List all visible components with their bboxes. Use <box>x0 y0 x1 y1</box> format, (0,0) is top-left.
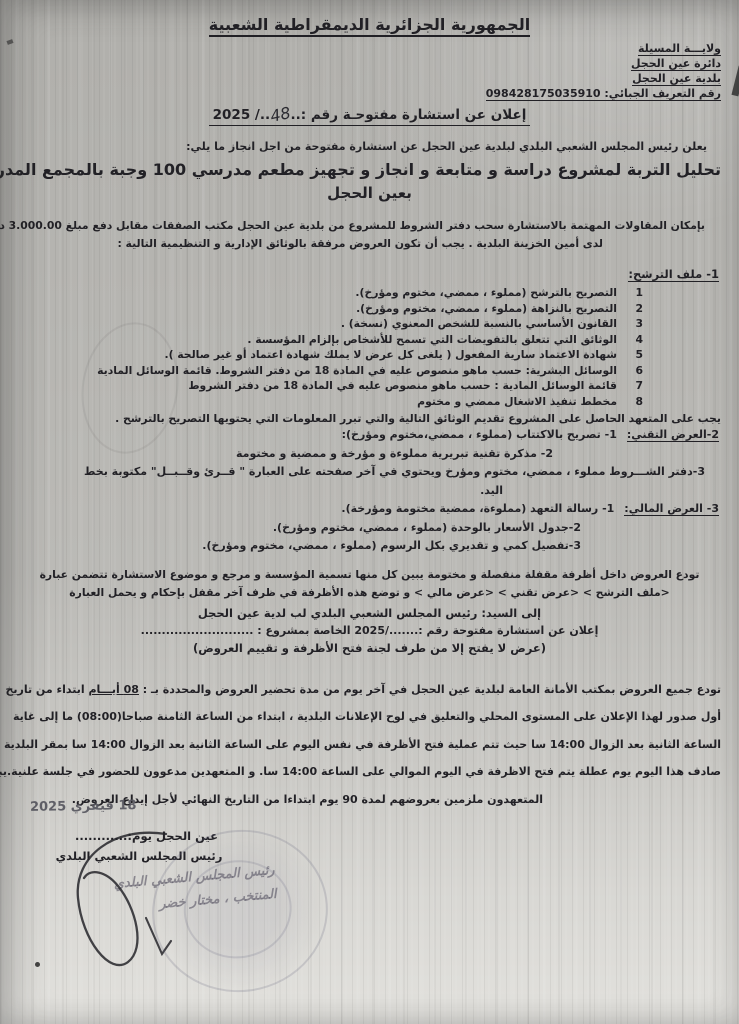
item-number: 7 <box>631 378 643 394</box>
deadline-line4: صادف هذا اليوم يوم عطلة يتم فتح الاظرفة … <box>18 758 721 786</box>
scan-edge-artifact <box>35 962 40 967</box>
item-number: 5 <box>631 347 643 363</box>
envelope-title-line: إعلان عن استشارة مفتوحة رقم :......./202… <box>18 624 721 637</box>
item-text: القانون الأساسي بالنسبة للشخص المعنوي (ن… <box>341 316 617 332</box>
republic-title-text: الجمهورية الجزائرية الديمقراطية الشعبية <box>209 15 530 37</box>
withdraw-paragraph-line2: لدى أمين الخزينة البلدية . يجب أن تكون ا… <box>18 237 603 250</box>
technical-offer-heading: 2-العرض التقني: <box>627 428 719 442</box>
candidacy-file-heading: 1- ملف الترشح: <box>18 267 719 281</box>
technical-offer-item3: 3-دفتر الشـــروط مملوء ، ممضي، مختوم ومؤ… <box>18 464 705 481</box>
notice-title-prefix: إعلان عن استشارة مفتوحـة رقم :.. <box>290 107 526 123</box>
financial-offer-heading: 3- العرض المالي: <box>624 502 719 516</box>
item-text: الوثائق التي تتعلق بالتفويضات التي تسمح … <box>247 332 617 348</box>
financial-offer-item2: 2-جدول الأسعار بالوحدة (مملوء ، ممضي، مخ… <box>18 520 581 537</box>
official-stamp-inner-ring <box>177 853 298 965</box>
financial-offer-item1: 1- رسالة التعهد (مملوءة، ممضية مختومة وم… <box>341 502 614 515</box>
project-title-line1: تحليل التربة لمشروع دراسة و متابعة و انج… <box>18 160 721 179</box>
item-number: 1 <box>631 285 643 301</box>
deadline-paragraph: تودع جميع العروض بمكتب الأمانة العامة لب… <box>18 676 721 814</box>
financial-offer-item3: 3-تفصيل كمي و تقديري بكل الرسوم (مملوء ،… <box>18 538 581 555</box>
item-text: مخطط تنفيذ الاشغال ممضي و مختوم <box>417 394 617 410</box>
handwritten-consultation-number: 48 <box>269 103 293 126</box>
technical-offer-item1: 1- تصريح بالاكتتاب (مملوء ، ممضي،مختوم و… <box>342 428 617 441</box>
list-item: 2التصريح بالنزاهة (مملوء ، ممضي، مختوم و… <box>18 301 643 317</box>
letterhead-tax-id: رقم التعريف الجبائي: 098428175035910 <box>18 86 721 101</box>
financial-offer-heading-line: 3- العرض المالي:1- رسالة التعهد (مملوءة،… <box>18 501 719 518</box>
item-number: 3 <box>631 316 643 332</box>
notice-title-line: إعلان عن استشارة مفتوحـة رقم :..48../ 20… <box>18 104 721 123</box>
envelope-warning-note: (عرض لا يفتح إلا من طرف لجنة فتح الأظرفة… <box>18 641 721 655</box>
republic-title: الجمهورية الجزائرية الديمقراطية الشعبية <box>18 15 721 34</box>
notice-title-suffix: ../ 2025 <box>213 107 270 123</box>
envelopes-line2: <ملف الترشح > <عرض تقني > <عرض مالي > و … <box>18 584 721 602</box>
letterhead-daira: دائرة عين الحجل <box>18 56 721 71</box>
letterhead-wilaya: ولايـــة المسيلة <box>18 41 721 56</box>
project-title-line2: بعين الحجل <box>18 184 721 202</box>
item-number: 6 <box>631 363 643 379</box>
announcement-intro: يعلن رئيس المجلس الشعبي البلدي لبلدية عي… <box>18 140 707 153</box>
date-stamp: 18 فيفري 2025 <box>30 798 137 815</box>
deadline-days-underlined: 08 أيـــام <box>88 683 139 696</box>
technical-offer-item3-continuation: اليد. <box>18 483 503 500</box>
deadline-line1: تودع جميع العروض بمكتب الأمانة العامة لب… <box>18 676 721 704</box>
item-text: التصريح بالنزاهة (مملوء ، ممضي، مختوم وم… <box>356 301 617 317</box>
envelopes-instructions: تودع العروض داخل أظرفة مقفلة منفصلة و مخ… <box>18 566 721 602</box>
scanned-document-page: الجمهورية الجزائرية الديمقراطية الشعبية … <box>0 0 739 1024</box>
item-text: التصريح بالترشح (مملوء ، ممضي، مختوم ومؤ… <box>355 285 617 301</box>
technical-offer-item2: 2- مذكرة تقنية تبريرية مملوءة و مؤرخة و … <box>18 446 553 463</box>
withdraw-paragraph-line1: بإمكان المقاولات المهتمة بالاستشارة سحب … <box>18 219 705 232</box>
letterhead: ولايـــة المسيلة دائرة عين الحجل بلدية ع… <box>18 41 721 101</box>
list-item: 1التصريح بالترشح (مملوء ، ممضي، مختوم وم… <box>18 285 643 301</box>
letterhead-commune: بلدية عين الحجل <box>18 71 721 86</box>
item-number: 2 <box>631 301 643 317</box>
item-text: شهادة الاعتماد سارية المفعول ( يلغى كل ع… <box>164 347 617 363</box>
item-number: 4 <box>631 332 643 348</box>
envelopes-line1: تودع العروض داخل أظرفة مقفلة منفصلة و مخ… <box>18 566 721 584</box>
deadline-line2: أول صدور لهذا الإعلان على المستوى المحلي… <box>18 703 721 731</box>
addressee-line: إلى السيد: رئيس المجلس الشعبي البلدي لب … <box>18 606 721 620</box>
notice-title-underlined: إعلان عن استشارة مفتوحـة رقم :..48../ 20… <box>209 107 531 126</box>
item-text: قائمة الوسائل المادية : حسب ماهو منصوص ع… <box>188 378 617 394</box>
item-number: 8 <box>631 394 643 410</box>
deadline-line3: الساعة الثانية بعد الزوال 14:00 سا حيث ت… <box>18 731 721 759</box>
